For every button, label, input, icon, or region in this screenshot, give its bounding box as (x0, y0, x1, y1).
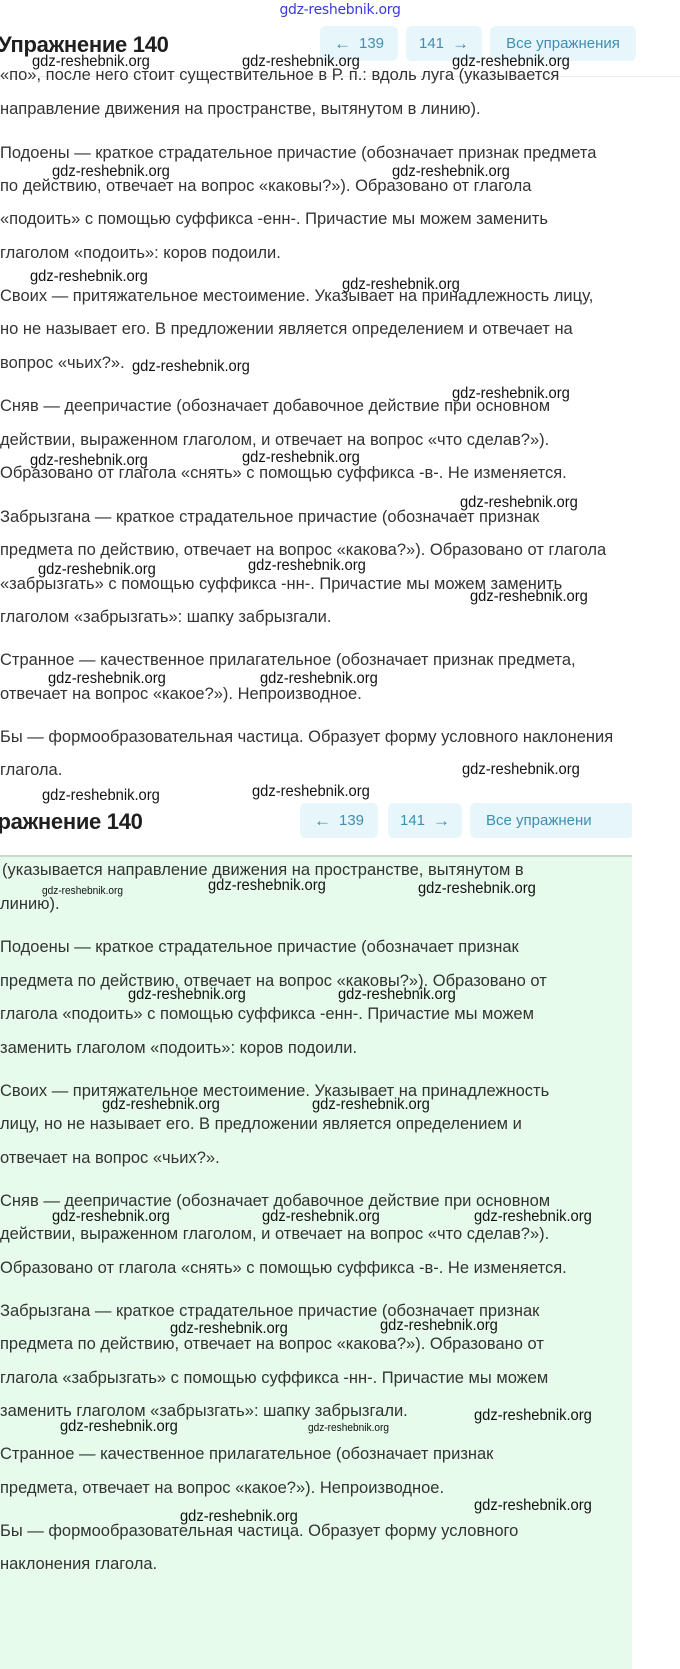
watermark: gdz-reshebnik.org (392, 163, 510, 181)
arrow-left-icon: ← (314, 811, 331, 831)
text-line: глаголом «подоить»: коров подоили. (0, 244, 281, 263)
watermark: gdz-reshebnik.org (474, 1407, 592, 1425)
text-line: направление движения на пространстве, вы… (0, 100, 481, 119)
watermark: gdz-reshebnik.org (380, 1317, 498, 1335)
text-line: Забрызгана — краткое страдательное прича… (0, 508, 539, 527)
next-label: 141 (400, 812, 425, 829)
text-line: заменить глаголом «подоить»: коров подои… (0, 1039, 357, 1058)
watermark: gdz-reshebnik.org (248, 557, 366, 575)
watermark: gdz-reshebnik.org (30, 268, 148, 286)
prev-label: 139 (359, 35, 384, 52)
all-exercises-label: Все упражнения (506, 35, 620, 52)
watermark: gdz-reshebnik.org (32, 53, 150, 71)
all-exercises-label: Все упражнени (486, 812, 592, 829)
text-line: глаголом «забрызгать»: шапку забрызгали. (0, 608, 331, 627)
watermark: gdz-reshebnik.org (452, 385, 570, 403)
answer-panel: (указывается направление движения на про… (0, 855, 632, 1669)
exercise-header: Упражнение 140 ← 139 141 → Все упражнени (0, 803, 632, 847)
text-line: вопрос «чьих?». (0, 354, 125, 373)
page-title: Упражнение 140 (0, 809, 143, 835)
text-line: «подоить» с помощью суффикса -енн-. Прич… (0, 210, 548, 229)
watermark: gdz-reshebnik.org (242, 53, 360, 71)
text-line: предмета, отвечает на вопрос «какое?»). … (0, 1479, 444, 1498)
text-line: отвечает на вопрос «чьих?». (0, 1149, 220, 1168)
watermark: gdz-reshebnik.org (132, 358, 250, 376)
text-line: Подоены — краткое страдательное причасти… (0, 144, 596, 163)
watermark: gdz-reshebnik.org (460, 494, 578, 512)
text-line: глагола «забрызгать» с помощью суффикса … (0, 1369, 548, 1388)
watermark: gdz-reshebnik.org (42, 787, 160, 805)
text-line: Своих — притяжательное местоимение. Указ… (0, 1082, 549, 1101)
arrow-right-icon: → (433, 811, 450, 831)
watermark: gdz-reshebnik.org (418, 880, 536, 898)
screenshot-section-1: Упражнение 140 ← 139 141 → Все упражнени… (0, 0, 680, 820)
text-line: Подоены — краткое страдательное причасти… (0, 938, 519, 957)
watermark: gdz-reshebnik.org (474, 1497, 592, 1515)
watermark: gdz-reshebnik.org (102, 1096, 220, 1114)
text-line: Странное — качественное прилагательное (… (0, 651, 576, 670)
watermark: gdz-reshebnik.org (462, 761, 580, 779)
watermark: gdz-reshebnik.org (208, 877, 326, 895)
prev-label: 139 (339, 812, 364, 829)
watermark: gdz-reshebnik.org (38, 561, 156, 579)
text-line: Образовано от глагола «снять» с помощью … (0, 1259, 567, 1278)
arrow-right-icon: → (452, 34, 469, 54)
next-exercise-button[interactable]: 141 → (388, 803, 462, 838)
watermark: gdz-reshebnik.org (312, 1096, 430, 1114)
watermark: gdz-reshebnik.org (42, 885, 123, 897)
watermark: gdz-reshebnik.org (338, 986, 456, 1004)
watermark: gdz-reshebnik.org (48, 670, 166, 688)
text-line: действии, выраженном глаголом, и отвечае… (0, 1225, 549, 1244)
all-exercises-button[interactable]: Все упражнени (470, 803, 632, 838)
next-label: 141 (419, 35, 444, 52)
screenshot-section-2: Упражнение 140 ← 139 141 → Все упражнени… (0, 800, 632, 1669)
watermark: gdz-reshebnik.org (262, 1208, 380, 1226)
text-line: предмета по действию, отвечает на вопрос… (0, 972, 547, 991)
text-line: глагола «подоить» с помощью суффикса -ен… (0, 1005, 534, 1024)
text-line: Бы — формообразовательная частица. Образ… (0, 728, 613, 747)
text-line: действии, выраженном глаголом, и отвечае… (0, 431, 549, 450)
text-line: но не называет его. В предложении являет… (0, 320, 573, 339)
text-line: Странное — качественное прилагательное (… (0, 1445, 493, 1464)
watermark: gdz-reshebnik.org (252, 783, 370, 801)
watermark: gdz-reshebnik.org (242, 449, 360, 467)
prev-exercise-button[interactable]: ← 139 (300, 803, 378, 838)
watermark: gdz-reshebnik.org (60, 1418, 178, 1436)
watermark: gdz-reshebnik.org (474, 1208, 592, 1226)
watermark: gdz-reshebnik.org (180, 1508, 298, 1526)
text-line: лицу, но не называет его. В предложении … (0, 1115, 522, 1134)
arrow-left-icon: ← (334, 34, 351, 54)
watermark: gdz-reshebnik.org (308, 1422, 389, 1434)
watermark: gdz-reshebnik.org (52, 1208, 170, 1226)
watermark: gdz-reshebnik.org (260, 670, 378, 688)
text-line: наклонения глагола. (0, 1555, 157, 1574)
watermark: gdz-reshebnik.org (470, 588, 588, 606)
watermark: gdz-reshebnik.org (128, 986, 246, 1004)
watermark: gdz-reshebnik.org (30, 452, 148, 470)
watermark: gdz-reshebnik.org (452, 53, 570, 71)
watermark: gdz-reshebnik.org (52, 163, 170, 181)
watermark: gdz-reshebnik.org (342, 276, 460, 294)
text-line: Своих — притяжательное местоимение. Указ… (0, 287, 593, 306)
watermark: gdz-reshebnik.org (170, 1320, 288, 1338)
text-line: глагола. (0, 761, 62, 780)
text-line: линию). (0, 895, 60, 914)
